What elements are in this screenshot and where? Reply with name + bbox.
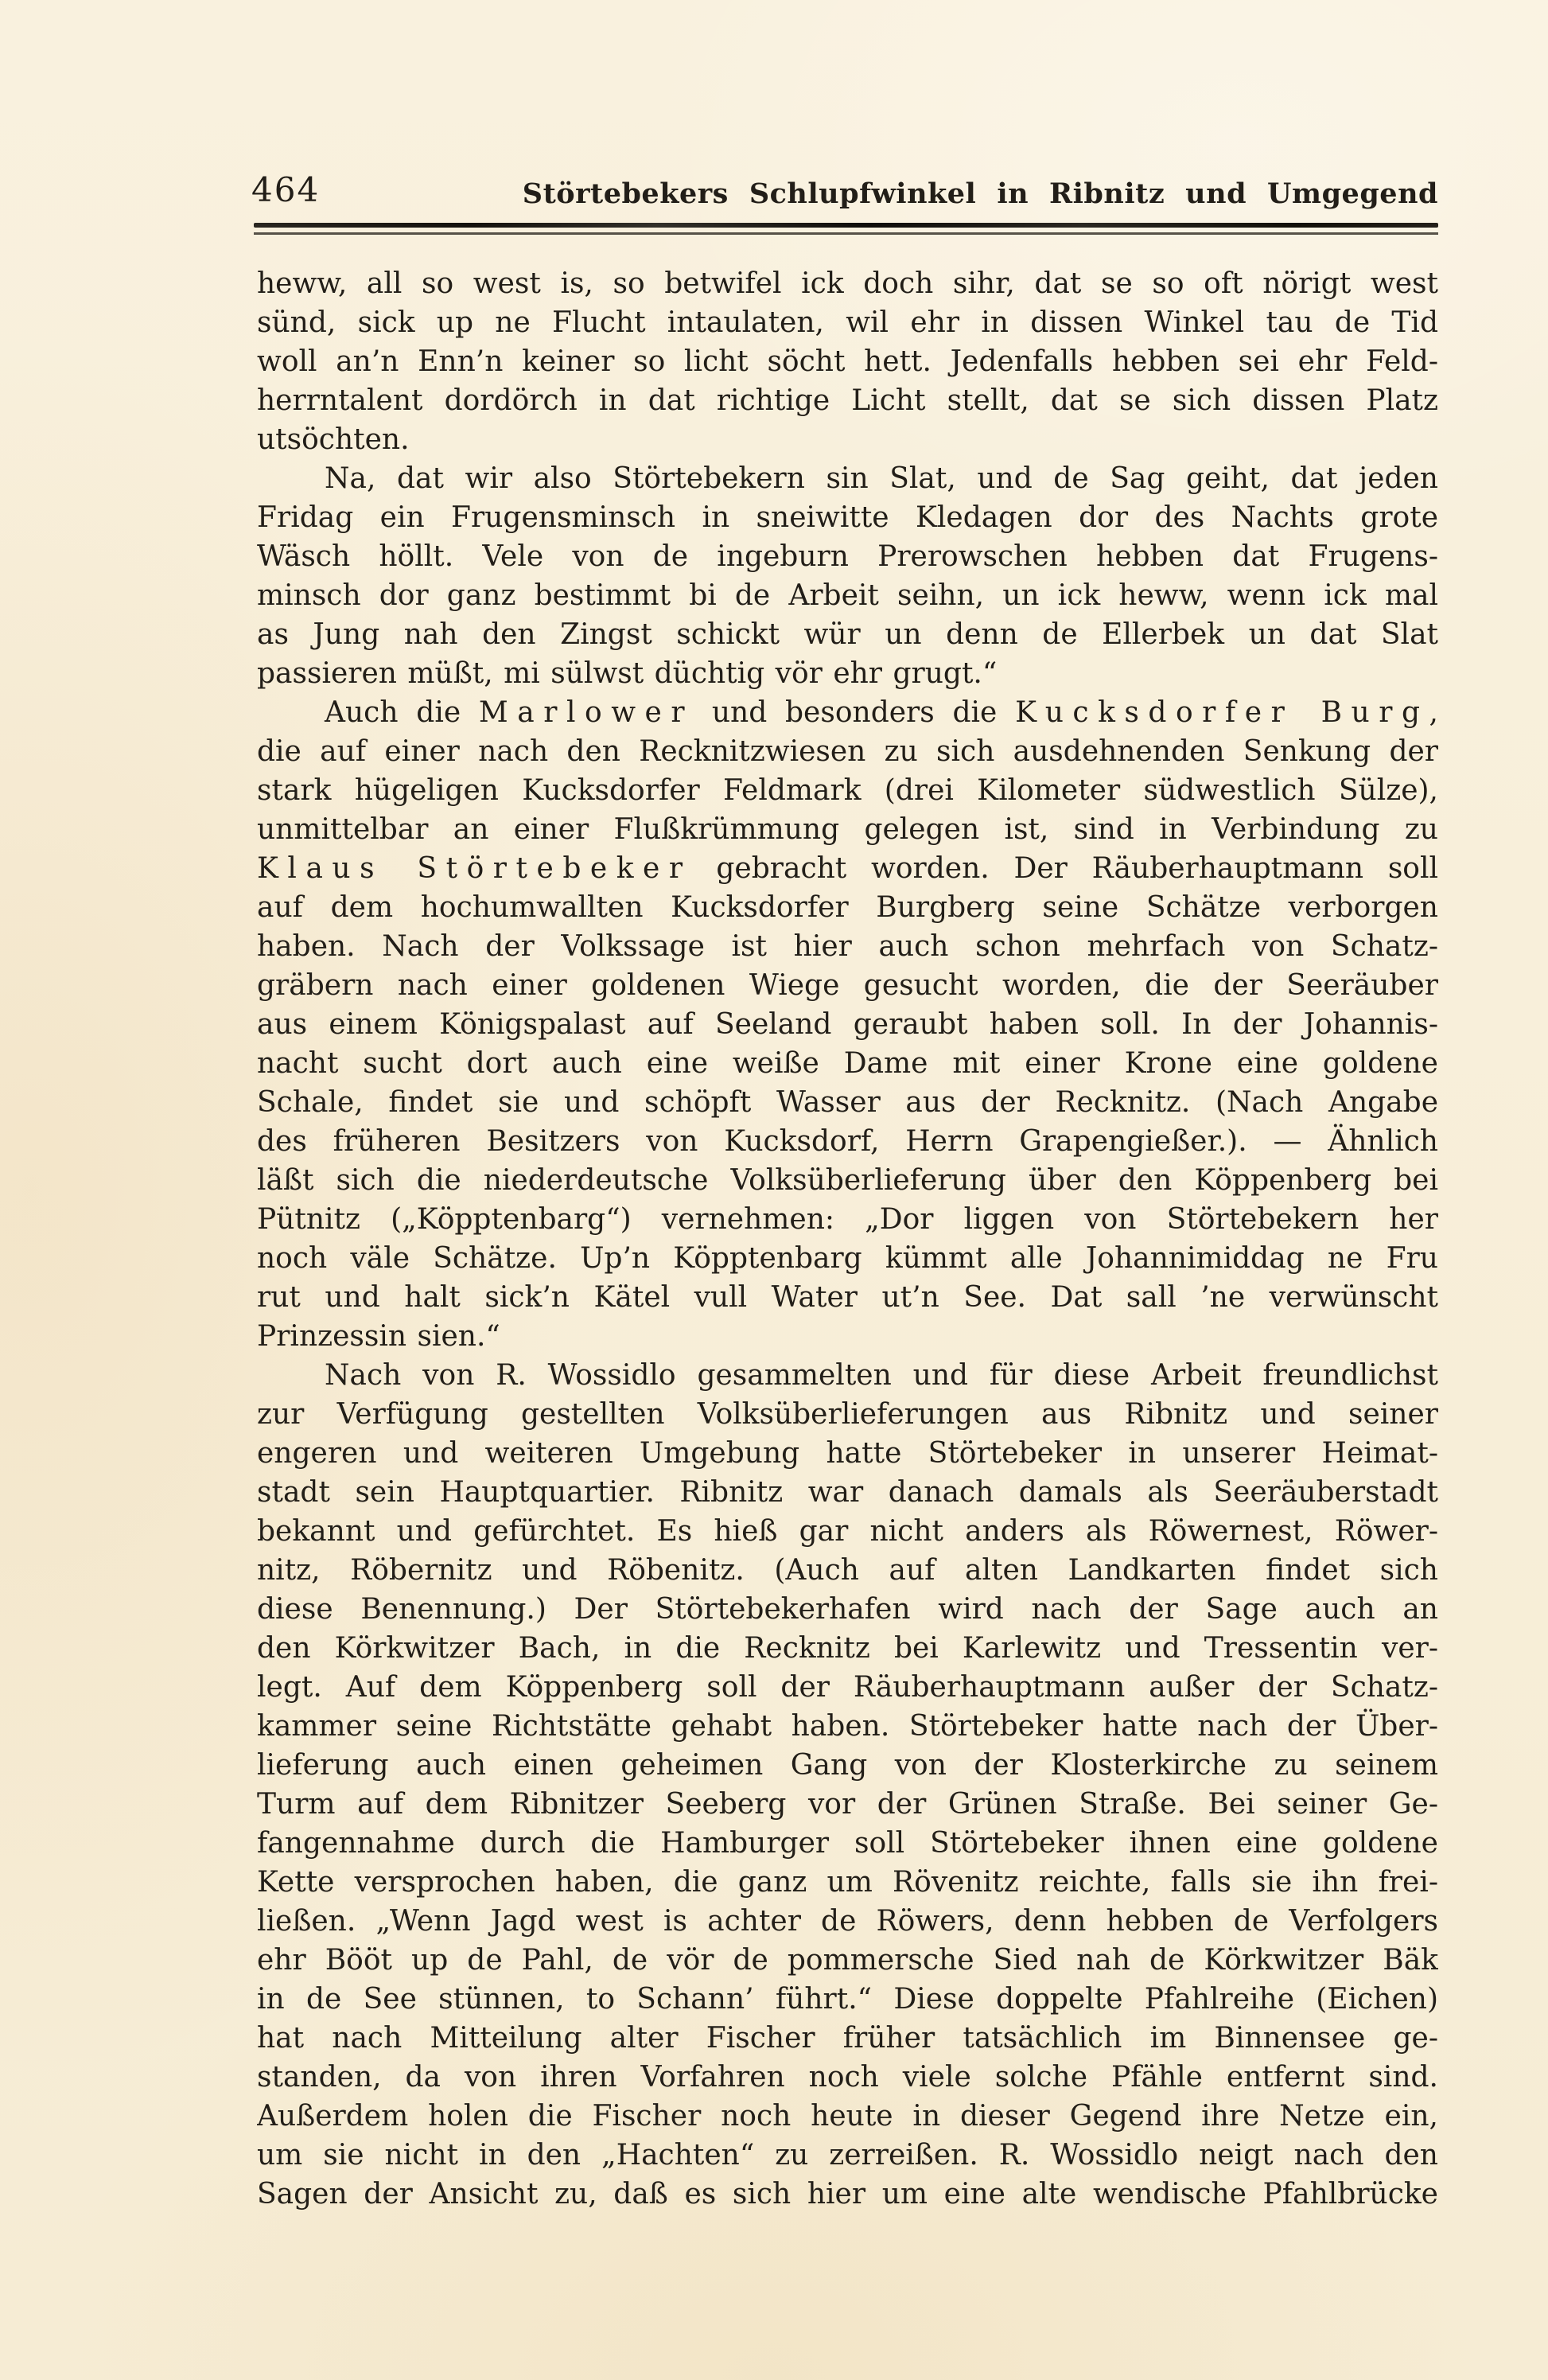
text-segment: Schale, findet sie und schöpft Wasser au… xyxy=(257,1086,1438,1119)
text-segment: lieferung auch einen geheimen Gang von d… xyxy=(257,1749,1438,1782)
text-line: Außerdem holen die Fischer noch heute in… xyxy=(257,2097,1438,2136)
text-line: um sie nicht in den „Hachten“ zu zerreiß… xyxy=(257,2136,1438,2175)
text-line: nitz, Röbernitz und Röbenitz. (Auch auf … xyxy=(257,1551,1438,1590)
text-segment: Pütnitz („Köpptenbarg“) vernehmen: „Dor … xyxy=(257,1203,1438,1236)
text-segment: stadt sein Hauptquartier. Ribnitz war da… xyxy=(257,1476,1438,1509)
text-line: haben. Nach der Volkssage ist hier auch … xyxy=(257,927,1438,966)
text-line: engeren und weiteren Umgebung hatte Stör… xyxy=(257,1434,1438,1473)
text-segment: Wäsch höllt. Vele von de ingeburn Prerow… xyxy=(257,540,1438,573)
running-head-title: Störtebekers Schlupfwinkel in Ribnitz un… xyxy=(523,180,1438,208)
text-segment: standen, da von ihren Vorfahren noch vie… xyxy=(257,2061,1438,2094)
text-line: auf dem hochumwallten Kucksdorfer Burgbe… xyxy=(257,888,1438,927)
text-line: Auch die Marlower und besonders die Kuck… xyxy=(257,693,1438,732)
text-line: stark hügeligen Kucksdorfer Feldmark (dr… xyxy=(257,771,1438,810)
text-segment: passieren müßt, mi sülwst düchtig vör eh… xyxy=(257,657,997,690)
text-line: rut und halt sick’n Kätel vull Water ut’… xyxy=(257,1278,1438,1317)
text-line: standen, da von ihren Vorfahren noch vie… xyxy=(257,2058,1438,2097)
text-line: fangennahme durch die Hamburger soll Stö… xyxy=(257,1824,1438,1863)
text-segment: as Jung nah den Zingst schickt wür un de… xyxy=(257,618,1438,651)
text-line: in de See stünnen, to Schann’ führt.“ Di… xyxy=(257,1980,1438,2019)
text-line: ließen. „Wenn Jagd west is achter de Röw… xyxy=(257,1902,1438,1941)
text-segment: auf dem hochumwallten Kucksdorfer Burgbe… xyxy=(257,891,1438,924)
text-segment: sünd, sick up ne Flucht intaulaten, wil … xyxy=(257,306,1438,339)
text-segment: nacht sucht dort auch eine weiße Dame mi… xyxy=(257,1047,1438,1080)
text-line: hat nach Mitteilung alter Fischer früher… xyxy=(257,2019,1438,2058)
text-segment: rut und halt sick’n Kätel vull Water ut’… xyxy=(257,1281,1438,1314)
text-segment: Kette versprochen haben, die ganz um Röv… xyxy=(257,1866,1438,1899)
text-line: unmittelbar an einer Flußkrümmung gelege… xyxy=(257,810,1438,849)
text-segment: hat nach Mitteilung alter Fischer früher… xyxy=(257,2022,1438,2055)
text-line: die auf einer nach den Recknitzwiesen zu… xyxy=(257,732,1438,771)
book-page: 464 Störtebekers Schlupfwinkel in Ribnit… xyxy=(0,0,1548,2380)
text-segment: die auf einer nach den Recknitzwiesen zu… xyxy=(257,735,1438,768)
text-segment: herrntalent dordörch in dat richtige Lic… xyxy=(257,384,1438,417)
text-line: Schale, findet sie und schöpft Wasser au… xyxy=(257,1083,1438,1122)
text-line: Sagen der Ansicht zu, daß es sich hier u… xyxy=(257,2175,1438,2214)
paragraph-4: Nach von R. Wossidlo gesammelten und für… xyxy=(257,1356,1438,2214)
paragraph-2: Na, dat wir also Störtebekern sin Slat, … xyxy=(257,459,1438,693)
text-line: diese Benennung.) Der Störtebekerhafen w… xyxy=(257,1590,1438,1629)
text-line: lieferung auch einen geheimen Gang von d… xyxy=(257,1746,1438,1785)
text-segment: ließen. „Wenn Jagd west is achter de Röw… xyxy=(257,1905,1438,1938)
text-segment: legt. Auf dem Köppenberg soll der Räuber… xyxy=(257,1671,1438,1704)
text-line: bekannt und gefürchtet. Es hieß gar nich… xyxy=(257,1512,1438,1551)
text-segment: Fridag ein Frugensminsch in sneiwitte Kl… xyxy=(257,501,1438,534)
text-segment: gebracht worden. Der Räuberhauptmann sol… xyxy=(692,852,1438,885)
text-segment: haben. Nach der Volkssage ist hier auch … xyxy=(257,930,1438,963)
text-line: woll an’n Enn’n keiner so licht söcht he… xyxy=(257,342,1438,381)
text-segment: Turm auf dem Ribnitzer Seeberg vor der G… xyxy=(257,1788,1438,1821)
text-line: Fridag ein Frugensminsch in sneiwitte Kl… xyxy=(257,498,1438,537)
text-segment: Prinzessin sien.“ xyxy=(257,1320,500,1353)
text-segment: fangennahme durch die Hamburger soll Stö… xyxy=(257,1827,1438,1860)
text-segment: in de See stünnen, to Schann’ führt.“ Di… xyxy=(257,1983,1438,2016)
text-segment: kammer seine Richtstätte gehabt haben. S… xyxy=(257,1710,1438,1743)
text-segment: stark hügeligen Kucksdorfer Feldmark (dr… xyxy=(257,774,1438,807)
text-segment: aus einem Königspalast auf Seeland gerau… xyxy=(257,1008,1438,1041)
text-line: herrntalent dordörch in dat richtige Lic… xyxy=(257,381,1438,420)
text-line: Turm auf dem Ribnitzer Seeberg vor der G… xyxy=(257,1785,1438,1824)
text-line: aus einem Königspalast auf Seeland gerau… xyxy=(257,1005,1438,1044)
text-segment: Auch die xyxy=(325,696,479,729)
text-line: des früheren Besitzers von Kucksdorf, He… xyxy=(257,1122,1438,1161)
text-segment: des früheren Besitzers von Kucksdorf, He… xyxy=(257,1125,1438,1158)
text-segment: utsöchten. xyxy=(257,423,410,456)
text-segment: diese Benennung.) Der Störtebekerhafen w… xyxy=(257,1593,1438,1626)
text-line: as Jung nah den Zingst schickt wür un de… xyxy=(257,615,1438,654)
text-segment: noch väle Schätze. Up’n Köpptenbarg kümm… xyxy=(257,1242,1438,1275)
letterspaced-emphasis: Kucksdorfer Burg xyxy=(1015,696,1429,729)
text-line: stadt sein Hauptquartier. Ribnitz war da… xyxy=(257,1473,1438,1512)
text-line: zur Verfügung gestellten Volksüberliefer… xyxy=(257,1395,1438,1434)
text-line: nacht sucht dort auch eine weiße Dame mi… xyxy=(257,1044,1438,1083)
text-segment: unmittelbar an einer Flußkrümmung gelege… xyxy=(257,813,1438,846)
text-segment: um sie nicht in den „Hachten“ zu zerreiß… xyxy=(257,2139,1438,2172)
text-segment: zur Verfügung gestellten Volksüberliefer… xyxy=(257,1398,1438,1431)
text-segment: , xyxy=(1429,696,1438,729)
text-line: den Körkwitzer Bach, in die Recknitz bei… xyxy=(257,1629,1438,1668)
paragraph-3: Auch die Marlower und besonders die Kuck… xyxy=(257,693,1438,1356)
page-number: 464 xyxy=(251,173,320,207)
paragraph-1: heww, all so west is, so betwifel ick do… xyxy=(257,264,1438,459)
text-line: utsöchten. xyxy=(257,420,1438,459)
text-segment: minsch dor ganz bestimmt bi de Arbeit se… xyxy=(257,579,1438,612)
text-line: Na, dat wir also Störtebekern sin Slat, … xyxy=(257,459,1438,498)
text-segment: engeren und weiteren Umgebung hatte Stör… xyxy=(257,1437,1438,1470)
text-line: kammer seine Richtstätte gehabt haben. S… xyxy=(257,1707,1438,1746)
text-line: gräbern nach einer goldenen Wiege gesuch… xyxy=(257,966,1438,1005)
text-segment: heww, all so west is, so betwifel ick do… xyxy=(257,267,1438,300)
text-line: legt. Auf dem Köppenberg soll der Räuber… xyxy=(257,1668,1438,1707)
text-segment: woll an’n Enn’n keiner so licht söcht he… xyxy=(257,345,1438,378)
text-segment: ehr Bööt up de Pahl, de vör de pommersch… xyxy=(257,1944,1438,1977)
text-line: passieren müßt, mi sülwst düchtig vör eh… xyxy=(257,654,1438,693)
header-rule-thin xyxy=(254,232,1438,235)
letterspaced-emphasis: Marlower xyxy=(479,696,694,729)
text-line: noch väle Schätze. Up’n Köpptenbarg kümm… xyxy=(257,1239,1438,1278)
page-body: heww, all so west is, so betwifel ick do… xyxy=(257,264,1438,2214)
text-line: ehr Bööt up de Pahl, de vör de pommersch… xyxy=(257,1941,1438,1980)
text-line: läßt sich die niederdeutsche Volksüberli… xyxy=(257,1161,1438,1200)
text-line: Kette versprochen haben, die ganz um Röv… xyxy=(257,1863,1438,1902)
text-segment: Nach von R. Wossidlo gesammelten und für… xyxy=(325,1359,1438,1392)
text-line: Wäsch höllt. Vele von de ingeburn Prerow… xyxy=(257,537,1438,576)
text-segment: Sagen der Ansicht zu, daß es sich hier u… xyxy=(257,2178,1438,2211)
text-segment: Na, dat wir also Störtebekern sin Slat, … xyxy=(325,462,1438,495)
text-segment: gräbern nach einer goldenen Wiege gesuch… xyxy=(257,969,1438,1002)
text-line: heww, all so west is, so betwifel ick do… xyxy=(257,264,1438,303)
text-line: Klaus Störtebeker gebracht worden. Der R… xyxy=(257,849,1438,888)
text-segment: Außerdem holen die Fischer noch heute in… xyxy=(257,2100,1438,2133)
letterspaced-emphasis: Klaus Störtebeker xyxy=(257,852,692,885)
text-segment: nitz, Röbernitz und Röbenitz. (Auch auf … xyxy=(257,1554,1438,1587)
text-segment: läßt sich die niederdeutsche Volksüberli… xyxy=(257,1164,1438,1197)
text-segment: bekannt und gefürchtet. Es hieß gar nich… xyxy=(257,1515,1438,1548)
text-line: Nach von R. Wossidlo gesammelten und für… xyxy=(257,1356,1438,1395)
text-line: Pütnitz („Köpptenbarg“) vernehmen: „Dor … xyxy=(257,1200,1438,1239)
text-line: Prinzessin sien.“ xyxy=(257,1317,1438,1356)
text-line: minsch dor ganz bestimmt bi de Arbeit se… xyxy=(257,576,1438,615)
text-segment: und besonders die xyxy=(694,696,1015,729)
header-rule-thick xyxy=(254,223,1438,228)
text-line: sünd, sick up ne Flucht intaulaten, wil … xyxy=(257,303,1438,342)
text-segment: den Körkwitzer Bach, in die Recknitz bei… xyxy=(257,1632,1438,1665)
